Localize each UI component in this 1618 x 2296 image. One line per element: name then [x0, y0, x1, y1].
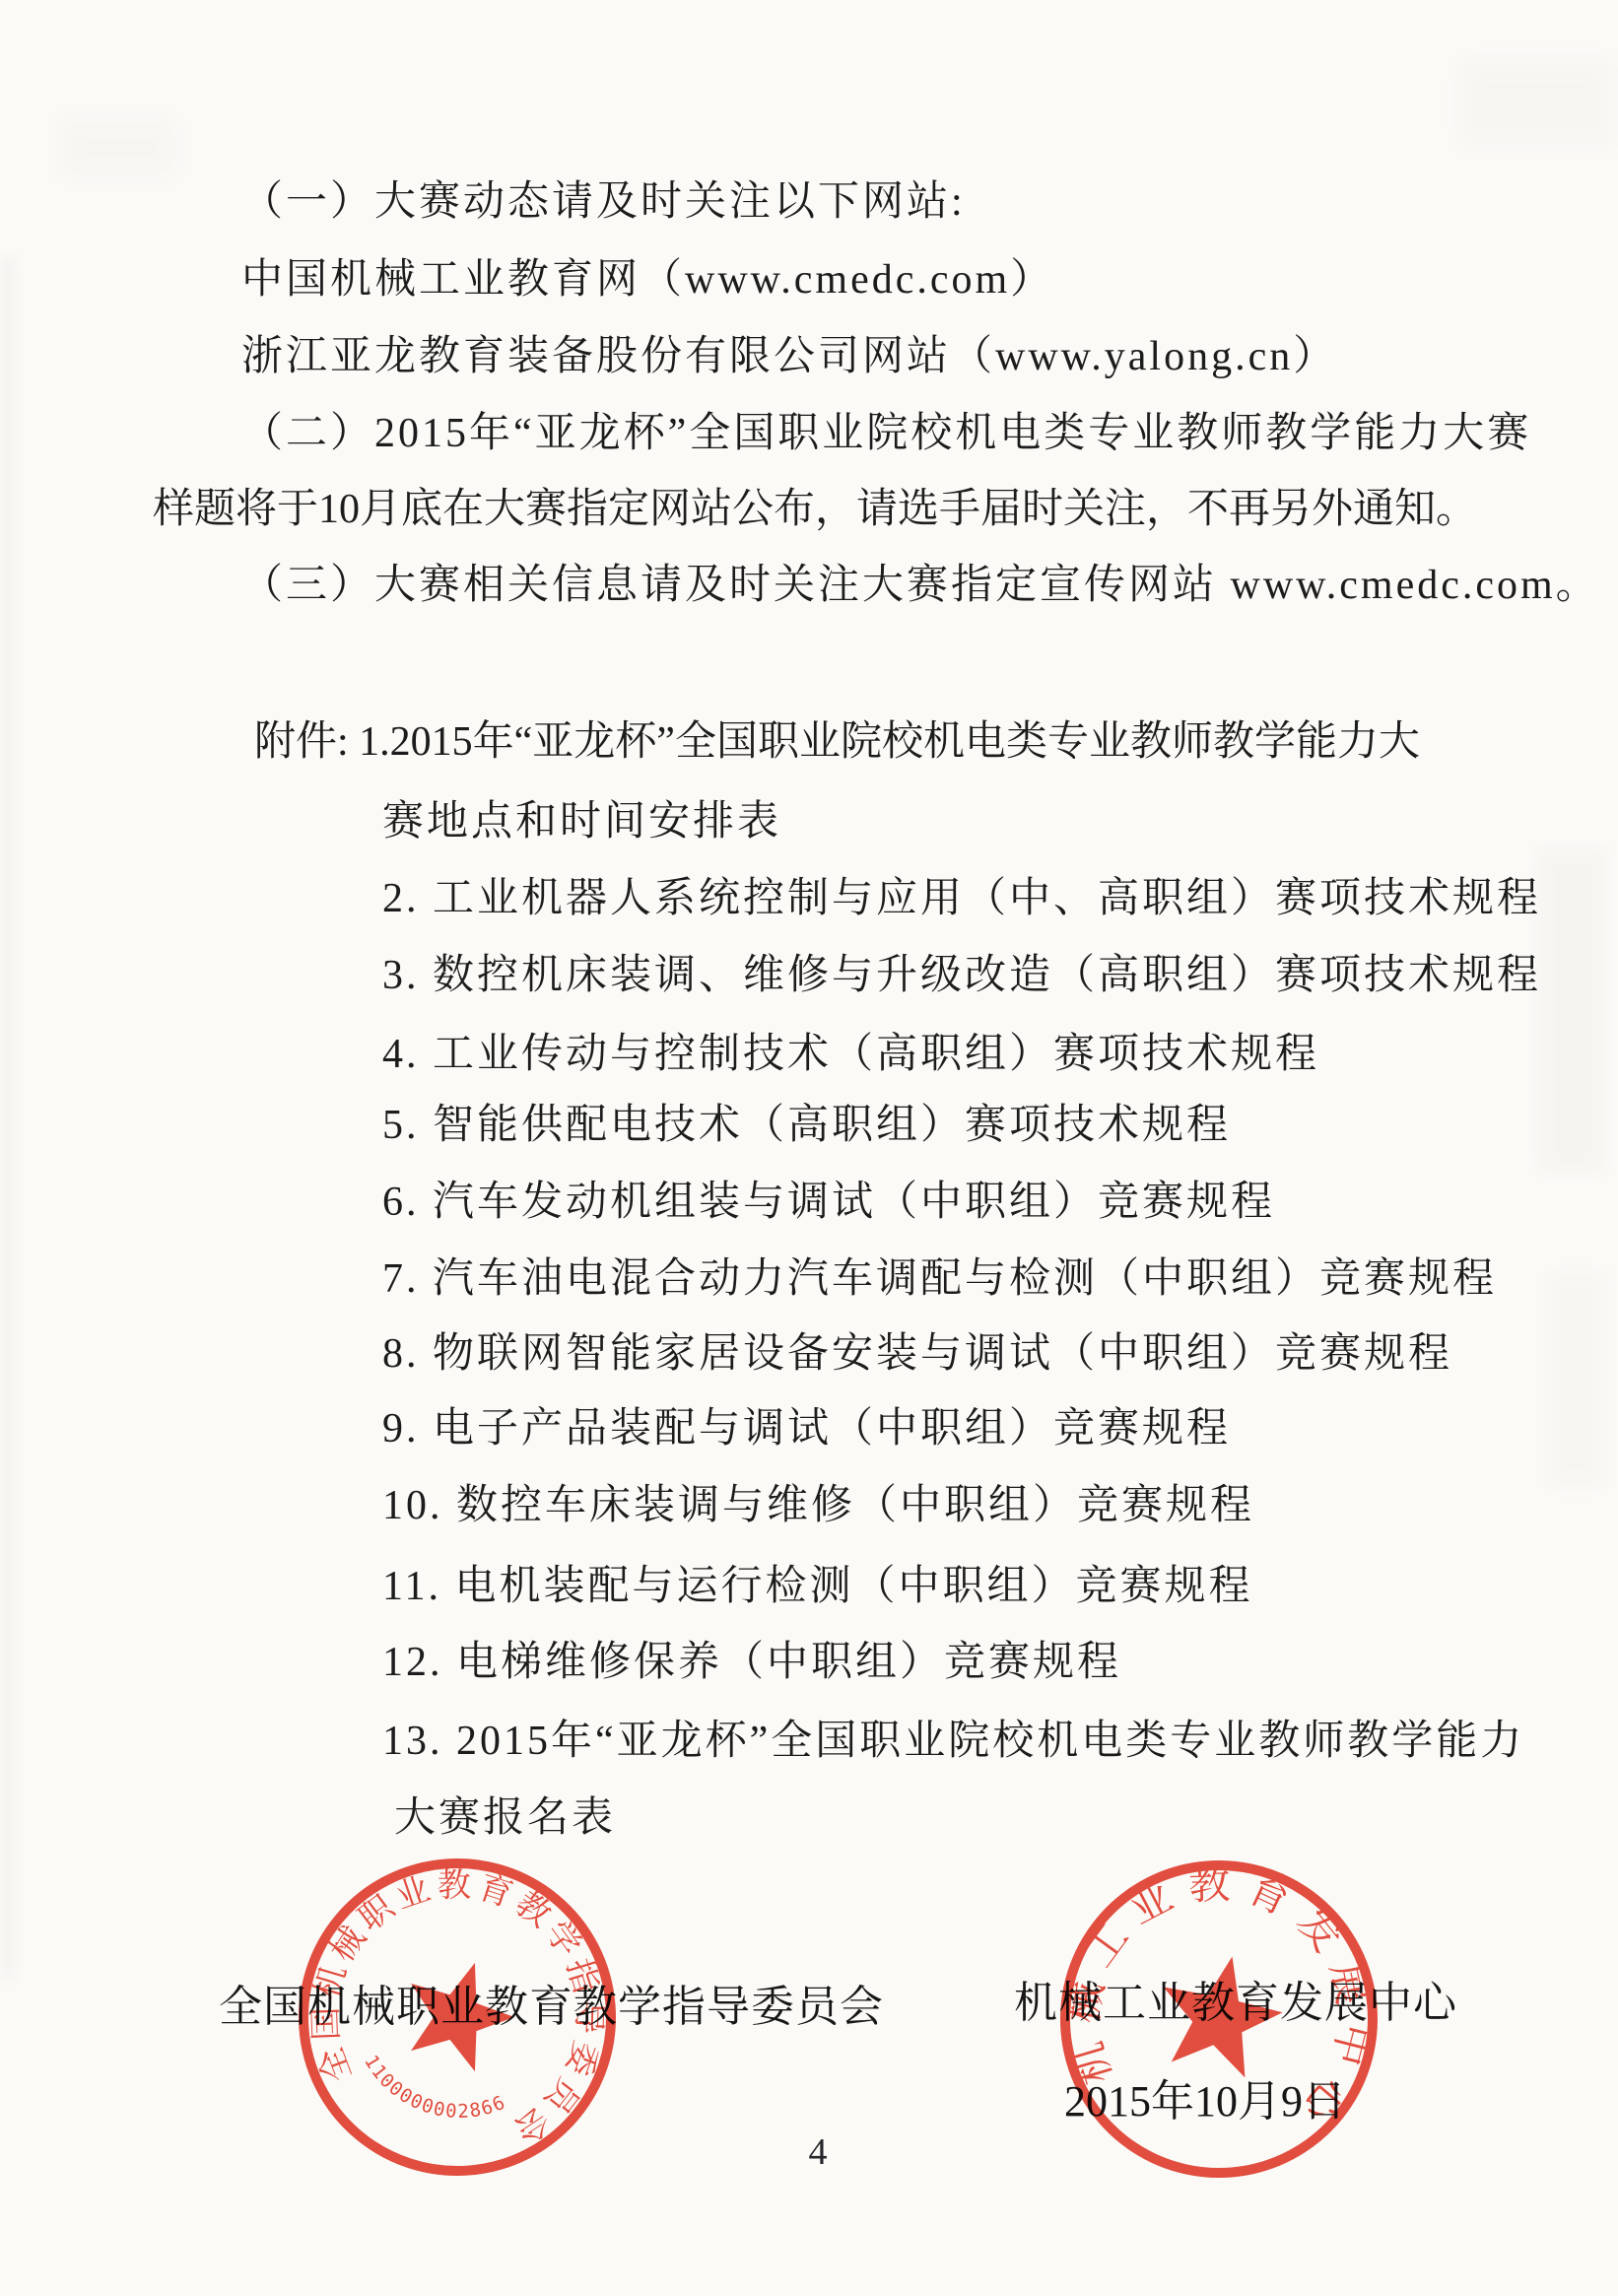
scan-smudge — [59, 118, 177, 177]
attachment-item-9: 9. 电子产品装配与调试（中职组）竞赛规程 — [382, 1407, 1231, 1452]
attachment-item-7: 7. 汽车油电混合动力汽车调配与检测（中职组）竞赛规程 — [382, 1257, 1497, 1302]
attachment-item-8: 8. 物联网智能家居设备安装与调试（中职组）竞赛规程 — [382, 1332, 1452, 1377]
website-line-cmedc: 中国机械工业教育网（www.cmedc.com） — [241, 258, 1054, 303]
paragraph-line-2: （二）2015年“亚龙杯”全国职业院校机电类专业教师教学能力大赛 — [241, 412, 1531, 456]
attachment-item-5: 5. 智能供配电技术（高职组）赛项技术规程 — [382, 1104, 1231, 1148]
scanned-document-page: （一）大赛动态请及时关注以下网站: 中国机械工业教育网（www.cmedc.co… — [0, 0, 1618, 2296]
signature-date: 2015年10月9日 — [1064, 2065, 1346, 2128]
scan-smudge — [1458, 59, 1616, 148]
seal-serial-number: 1100000002866 — [350, 2047, 514, 2141]
attachment-item-13: 13. 2015年“亚龙杯”全国职业院校机电类专业教师教学能力 — [382, 1720, 1524, 1764]
paragraph-line-3: （三）大赛相关信息请及时关注大赛指定宣传网站 www.cmedc.com。 — [241, 564, 1600, 608]
attachment-item-12: 12. 电梯维修保养（中职组）竞赛规程 — [382, 1641, 1121, 1685]
attachment-item-11: 11. 电机装配与运行检测（中职组）竞赛规程 — [382, 1565, 1252, 1609]
attachment-item-10: 10. 数控车床装调与维修（中职组）竞赛规程 — [382, 1484, 1254, 1528]
attachment-item-13-cont: 大赛报名表 — [394, 1796, 616, 1841]
signature-left-org: 全国机械职业教育教学指导委员会 — [219, 1971, 884, 2034]
attachment-item-6: 6. 汽车发动机组装与调试（中职组）竞赛规程 — [382, 1181, 1275, 1225]
scan-smudge — [0, 256, 16, 1981]
website-line-yalong: 浙江亚龙教育装备股份有限公司网站（www.yalong.cn） — [241, 335, 1337, 379]
signature-right-org: 机械工业教育发展中心 — [1014, 1967, 1457, 2030]
attachment-item-4: 4. 工业传动与控制技术（高职组）赛项技术规程 — [382, 1033, 1319, 1077]
paragraph-line-2-cont: 样题将于10月底在大赛指定网站公布，请选手届时关注，不再另外通知。 — [153, 488, 1477, 532]
paragraph-line-1: （一）大赛动态请及时关注以下网站: — [241, 180, 966, 225]
attachment-item-2: 2. 工业机器人系统控制与应用（中、高职组）赛项技术规程 — [382, 877, 1541, 921]
scan-smudge — [1537, 847, 1606, 1173]
attachment-item-1-cont: 赛地点和时间安排表 — [382, 800, 781, 844]
page-number: 4 — [794, 2130, 842, 2174]
scan-smudge — [1547, 1271, 1606, 1488]
attachment-heading-item-1: 附件: 1.2015年“亚龙杯”全国职业院校机电类专业教师教学能力大 — [254, 720, 1420, 765]
attachment-item-3: 3. 数控机床装调、维修与升级改造（高职组）赛项技术规程 — [382, 954, 1541, 998]
